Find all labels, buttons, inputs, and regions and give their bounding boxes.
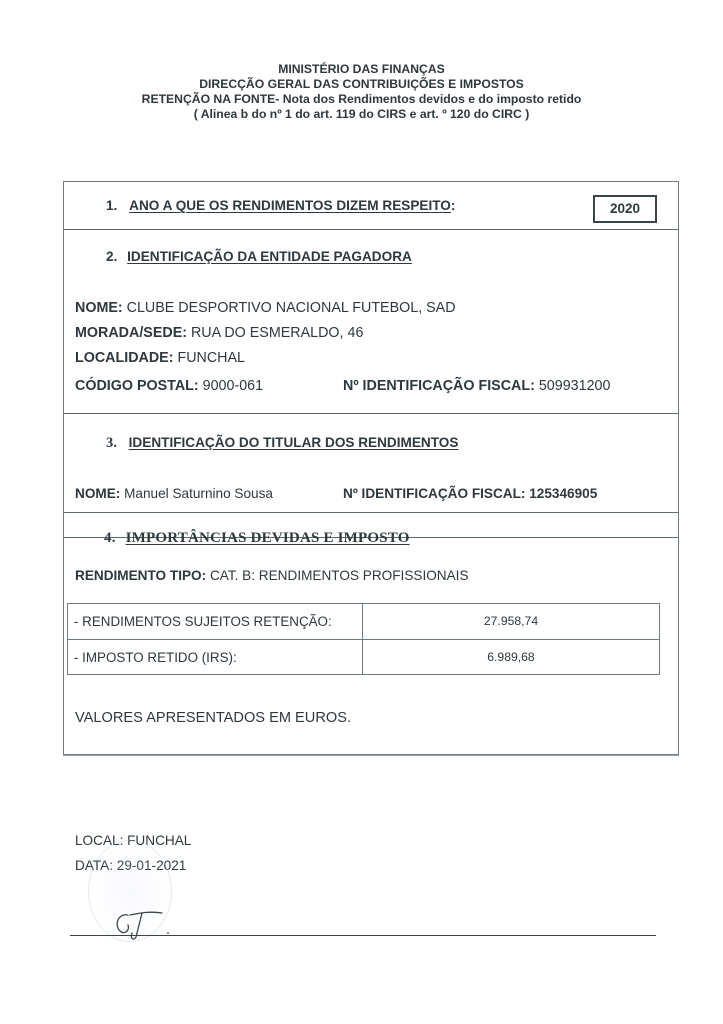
legal-reference: ( Alinea b do nº 1 do art. 119 do CIRS e… [0, 107, 723, 122]
row-value: 27.958,74 [363, 604, 659, 639]
divider [64, 413, 678, 414]
table-row: - RENDIMENTOS SUJEITOS RETENÇÃO: 27.958,… [68, 604, 659, 639]
amounts-table: - RENDIMENTOS SUJEITOS RETENÇÃO: 27.958,… [67, 603, 660, 675]
payer-address: MORADA/SEDE: RUA DO ESMERALDO, 46 [75, 325, 363, 341]
label: RENDIMENTO TIPO: [75, 568, 206, 583]
section-1-title: 1. ANO A QUE OS RENDIMENTOS DIZEM RESPEI… [106, 198, 455, 213]
value: 125346905 [529, 486, 597, 501]
signature-line [70, 935, 656, 936]
section-4-title: 4. IMPORTÂNCIAS DEVIDAS E IMPOSTO [104, 530, 410, 547]
value: 509931200 [539, 378, 611, 394]
label: NOME: [75, 486, 120, 501]
document-header: MINISTÉRIO DAS FINANÇAS DIRECÇÃO GERAL D… [0, 62, 723, 122]
label: NOME: [75, 300, 123, 316]
divider [64, 229, 678, 230]
holder-name: NOME: Manuel Saturnino Sousa [75, 486, 273, 501]
payer-postal-code: CÓDIGO POSTAL: 9000-061 [75, 378, 263, 394]
currency-note: VALORES APRESENTADOS EM EUROS. [75, 710, 351, 726]
payer-locality: LOCALIDADE: FUNCHAL [75, 350, 245, 366]
section-number: 1. [106, 198, 117, 213]
directorate-title: DIRECÇÃO GERAL DAS CONTRIBUIÇÕES E IMPOS… [0, 77, 723, 92]
row-label: - RENDIMENTOS SUJEITOS RETENÇÃO: [74, 604, 332, 639]
label: Nº IDENTIFICAÇÃO FISCAL: [343, 486, 525, 501]
document-subject: RETENÇÃO NA FONTE- Nota dos Rendimentos … [127, 92, 597, 107]
section-number: 2. [106, 249, 117, 264]
section-1-heading: ANO A QUE OS RENDIMENTOS DIZEM RESPEITO [129, 198, 451, 213]
label: MORADA/SEDE: [75, 325, 187, 341]
ministry-title: MINISTÉRIO DAS FINANÇAS [0, 62, 723, 77]
section-4-heading: IMPORTÂNCIAS DEVIDAS E IMPOSTO [126, 530, 410, 546]
payer-name: NOME: CLUBE DESPORTIVO NACIONAL FUTEBOL,… [75, 300, 456, 316]
payer-tax-id: Nº IDENTIFICAÇÃO FISCAL: 509931200 [343, 378, 610, 394]
value: FUNCHAL [177, 350, 245, 366]
row-value: 6.989,68 [363, 640, 659, 675]
form-box: 1. ANO A QUE OS RENDIMENTOS DIZEM RESPEI… [63, 181, 679, 755]
section-2-heading: IDENTIFICAÇÃO DA ENTIDADE PAGADORA [127, 249, 412, 264]
section-3-heading: IDENTIFICAÇÃO DO TITULAR DOS RENDIMENTOS [129, 435, 459, 450]
value: Manuel Saturnino Sousa [124, 486, 273, 501]
colon: : [451, 198, 456, 213]
row-label: - IMPOSTO RETIDO (IRS): [74, 640, 237, 675]
value: CLUBE DESPORTIVO NACIONAL FUTEBOL, SAD [127, 300, 456, 316]
section-number: 4. [104, 530, 116, 547]
signature-icon [110, 905, 180, 945]
label: CÓDIGO POSTAL: [75, 378, 199, 394]
table-row: - IMPOSTO RETIDO (IRS): 6.989,68 [68, 639, 659, 675]
section-3-title: 3. IDENTIFICAÇÃO DO TITULAR DOS RENDIMEN… [106, 435, 458, 452]
value: CAT. B: RENDIMENTOS PROFISSIONAIS [210, 568, 469, 583]
section-number: 3. [106, 435, 117, 452]
label: LOCALIDADE: [75, 350, 173, 366]
year-box: 2020 [593, 195, 657, 223]
income-type: RENDIMENTO TIPO: CAT. B: RENDIMENTOS PRO… [75, 568, 469, 583]
value: 9000-061 [203, 378, 263, 394]
section-2-title: 2. IDENTIFICAÇÃO DA ENTIDADE PAGADORA [106, 249, 412, 264]
divider [64, 512, 678, 513]
label: Nº IDENTIFICAÇÃO FISCAL: [343, 378, 535, 394]
value: RUA DO ESMERALDO, 46 [191, 325, 363, 341]
holder-tax-id: Nº IDENTIFICAÇÃO FISCAL: 125346905 [343, 486, 597, 501]
